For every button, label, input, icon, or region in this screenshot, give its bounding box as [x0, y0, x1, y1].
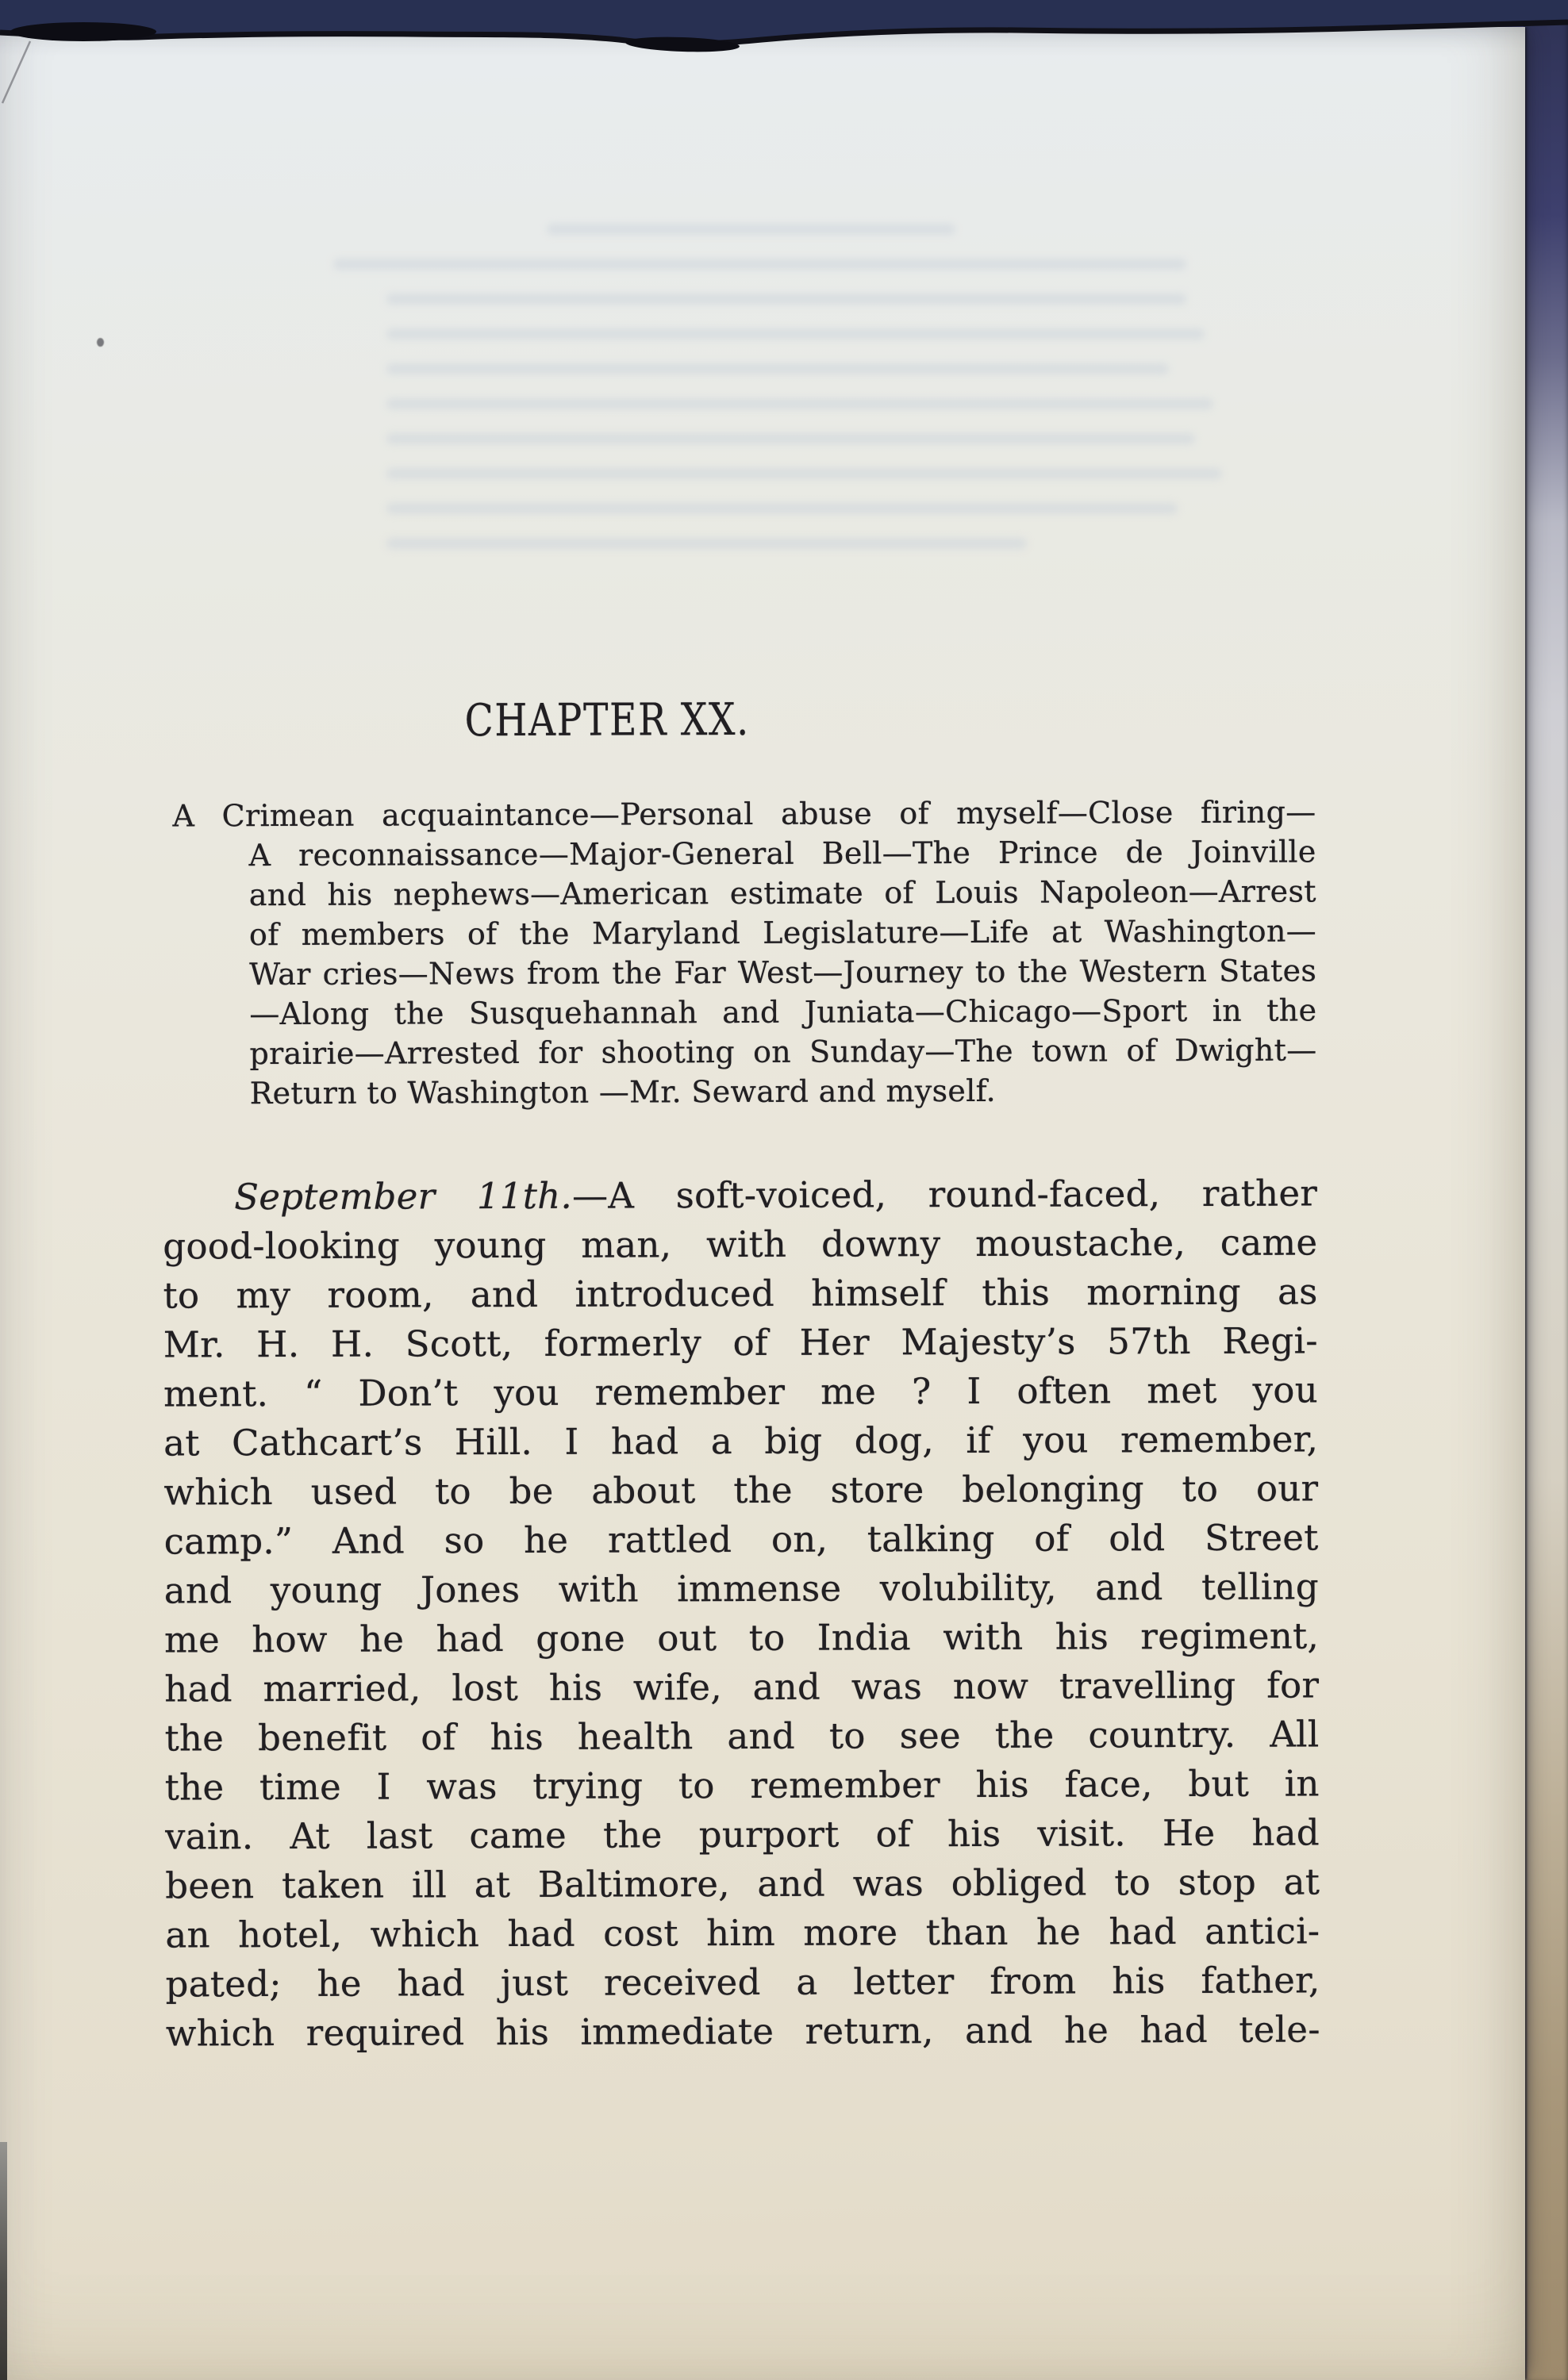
body-line: to my room, and introduced himself this … [163, 1267, 1317, 1320]
body-line: had married, lost his wife, and was now … [164, 1660, 1319, 1714]
page-edges [1524, 0, 1568, 2380]
summary-line: A Crimean acquaintance—Personal abuse of… [161, 792, 1316, 835]
summary-line: of members of the Maryland Legislature—L… [162, 911, 1316, 954]
summary-line: and his nephews—American estimate of Lou… [162, 871, 1316, 915]
body-line: the time I was trying to remember his fa… [165, 1759, 1320, 1812]
body-paragraph: September 11th.—A soft-voiced, round-fac… [163, 1169, 1320, 2058]
date-italic: September 11th. [234, 1175, 572, 1218]
body-line: camp.” And so he rattled on, talking of … [164, 1513, 1319, 1566]
body-line: been taken ill at Baltimore, and was obl… [165, 1857, 1320, 1910]
body-line: Mr. H. H. Scott, formerly of Her Majesty… [163, 1316, 1318, 1369]
book-page: CHAPTER XX. A Crimean acquaintance—Perso… [0, 27, 1525, 2380]
chapter-heading: CHAPTER XX. [161, 694, 1316, 746]
summary-line: Return to Washington —Mr. Seward and mys… [163, 1069, 1317, 1113]
summary-line: prairie—Arrested for shooting on Sunday—… [162, 1030, 1316, 1073]
body-line: at Cathcart’s Hill. I had a big dog, if … [163, 1415, 1318, 1468]
body-line: pated; he had just received a letter fro… [166, 1956, 1320, 2009]
body-line: ment. “ Don’t you remember me ? I often … [163, 1365, 1318, 1418]
body-line: vain. At last came the purport of his vi… [165, 1808, 1320, 1861]
body-line-text: —A soft-voiced, round-faced, rather [572, 1172, 1317, 1216]
summary-line: A reconnaissance—Major-General Bell—The … [162, 831, 1316, 875]
chapter-heading-text: CHAPTER XX. [584, 697, 749, 745]
ink-speck [97, 338, 104, 347]
summary-line: War cries—News from the Far West—Journey… [162, 950, 1316, 994]
left-edge-shadow [0, 2142, 7, 2380]
body-line: which used to be about the store belongi… [163, 1464, 1318, 1517]
chapter-summary: A Crimean acquaintance—Personal abuse of… [161, 792, 1316, 1113]
body-line: an hotel, which had cost him more than h… [165, 1906, 1320, 1960]
body-line: the benefit of his health and to see the… [164, 1710, 1319, 1763]
body-line: September 11th.—A soft-voiced, round-fac… [163, 1169, 1317, 1222]
body-line: good-looking young man, with downy moust… [163, 1218, 1317, 1271]
book-photo: CHAPTER XX. A Crimean acquaintance—Perso… [0, 0, 1568, 2380]
body-line: which required his immediate return, and… [166, 2005, 1320, 2058]
summary-line: —Along the Susquehannah and Juniata—Chic… [162, 990, 1316, 1034]
body-line: and young Jones with immense volubility,… [164, 1562, 1319, 1615]
text-block: CHAPTER XX. A Crimean acquaintance—Perso… [159, 25, 1321, 2380]
body-line: me how he had gone out to India with his… [164, 1611, 1319, 1664]
